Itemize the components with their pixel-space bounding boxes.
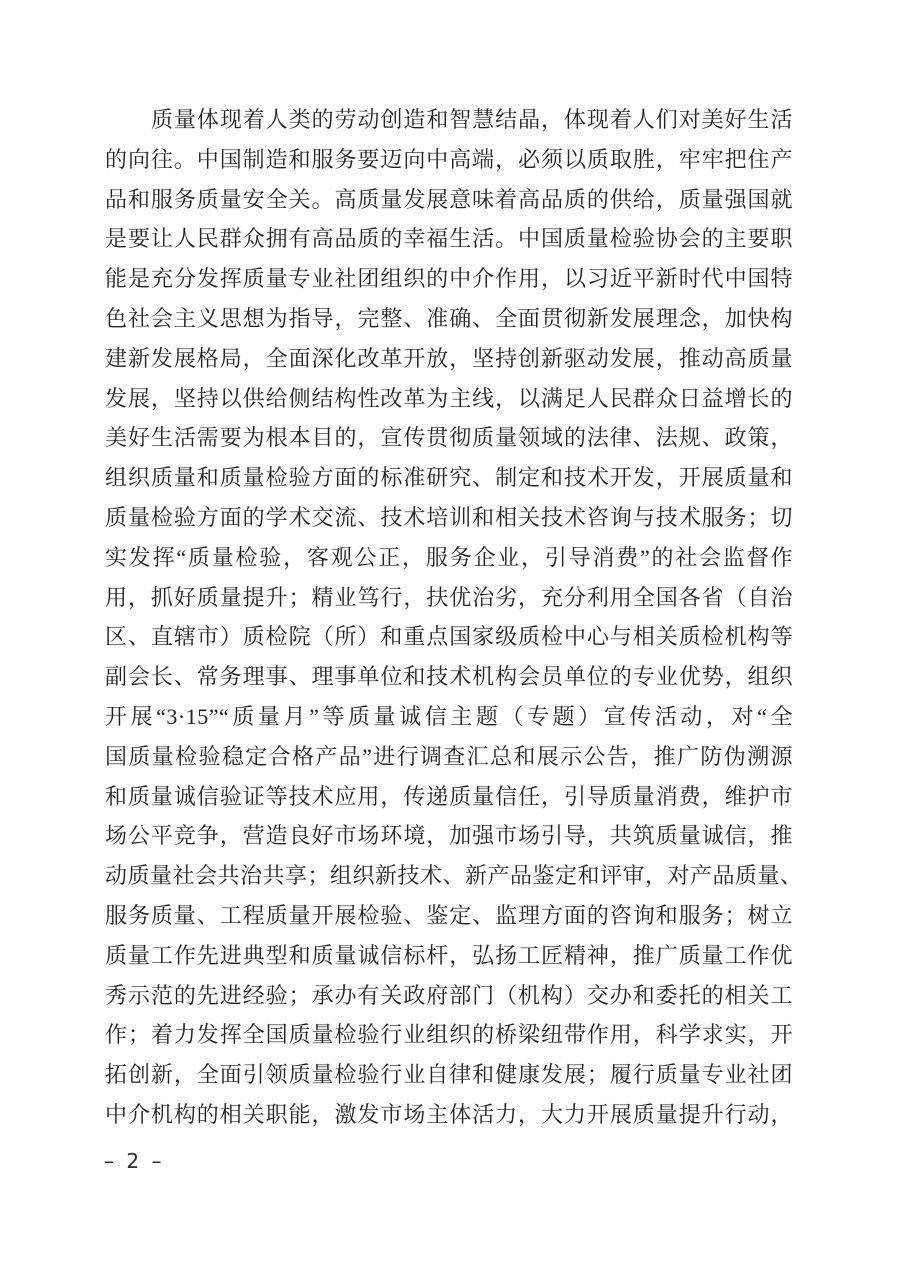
text-line: 实发挥“质量检验，客观公正，服务企业，引导消费”的社会监督作	[105, 538, 793, 578]
text-line: 场公平竞争，营造良好市场环境，加强市场引导，共筑质量诚信，推	[105, 816, 793, 856]
body-paragraph: 质量体现着人类的劳动创造和智慧结晶，体现着人们对美好生活 的向往。中国制造和服务…	[105, 100, 793, 1135]
text-line: 和质量诚信验证等技术应用，传递质量信任，引导质量消费，维护市	[105, 777, 793, 817]
text-line: 副会长、常务理事、理事单位和技术机构会员单位的专业优势，组织	[105, 657, 793, 697]
text-line: 秀示范的先进经验；承办有关政府部门（机构）交办和委托的相关工	[105, 976, 793, 1016]
text-line: 拓创新，全面引领质量检验行业自律和健康发展；履行质量专业社团	[105, 1055, 793, 1095]
text-line: 是要让人民群众拥有高品质的幸福生活。中国质量检验协会的主要职	[105, 219, 793, 259]
text-line: 组织质量和质量检验方面的标准研究、制定和技术开发，开展质量和	[105, 458, 793, 498]
text-line: 质量体现着人类的劳动创造和智慧结晶，体现着人们对美好生活	[105, 100, 793, 140]
text-line: 品和服务质量安全关。高质量发展意味着高品质的供给，质量强国就	[105, 180, 793, 220]
page-number: – 2 –	[104, 1146, 164, 1176]
text-line: 发展，坚持以供给侧结构性改革为主线，以满足人民群众日益增长的	[105, 379, 793, 419]
text-line: 色社会主义思想为指导，完整、准确、全面贯彻新发展理念，加快构	[105, 299, 793, 339]
text-line: 用，抓好质量提升；精业笃行，扶优治劣，充分利用全国各省（自治	[105, 578, 793, 618]
text-line: 质量检验方面的学术交流、技术培训和相关技术咨询与技术服务；切	[105, 498, 793, 538]
text-line: 中介机构的相关职能，激发市场主体活力，大力开展质量提升行动，	[105, 1095, 793, 1135]
text-line: 的向往。中国制造和服务要迈向中高端，必须以质取胜，牢牢把住产	[105, 140, 793, 180]
text-line: 区、直辖市）质检院（所）和重点国家级质检中心与相关质检机构等	[105, 617, 793, 657]
text-line: 动质量社会共治共享；组织新技术、新产品鉴定和评审，对产品质量、	[105, 856, 793, 896]
text-line: 作；着力发挥全国质量检验行业组织的桥梁纽带作用，科学求实，开	[105, 1015, 793, 1055]
document-page: 质量体现着人类的劳动创造和智慧结晶，体现着人们对美好生活 的向往。中国制造和服务…	[0, 0, 900, 1273]
text-line: 质量工作先进典型和质量诚信标杆，弘扬工匠精神，推广质量工作优	[105, 936, 793, 976]
text-line: 美好生活需要为根本目的，宣传贯彻质量领域的法律、法规、政策，	[105, 418, 793, 458]
text-line: 能是充分发挥质量专业社团组织的中介作用，以习近平新时代中国特	[105, 259, 793, 299]
text-line: 国质量检验稳定合格产品”进行调查汇总和展示公告，推广防伪溯源	[105, 737, 793, 777]
text-line: 开展“3·15”“质量月”等质量诚信主题（专题）宣传活动，对“全	[105, 697, 793, 737]
text-line: 建新发展格局，全面深化改革开放，坚持创新驱动发展，推动高质量	[105, 339, 793, 379]
text-line: 服务质量、工程质量开展检验、鉴定、监理方面的咨询和服务；树立	[105, 896, 793, 936]
